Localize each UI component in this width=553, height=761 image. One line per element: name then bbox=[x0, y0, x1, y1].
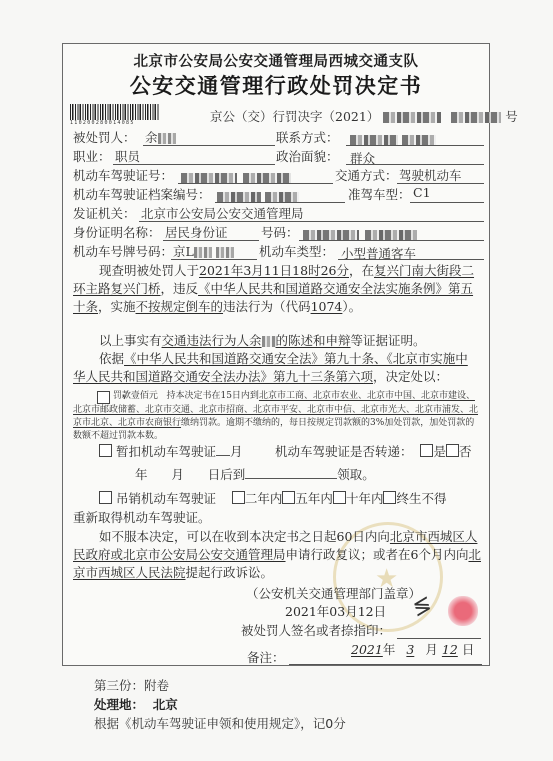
occupation-label: 职业： bbox=[73, 147, 111, 165]
revoke-end: 重新取得机动车驾驶证。 bbox=[73, 508, 211, 526]
lifetime-checkbox[interactable] bbox=[383, 491, 396, 504]
legal-basis-paragraph: 依据《中华人民共和国道路交通安全法》第九十条、《北京市实施中华人民共和国道路交通… bbox=[73, 350, 478, 386]
suspend-checkbox[interactable] bbox=[99, 444, 112, 457]
barcode-number: 110200280014085 bbox=[70, 120, 135, 126]
id-number-label: 号码： bbox=[261, 223, 299, 241]
findings-paragraph: 现查明被处罚人于2021年3月11日18时26分，在复兴门南大街段二环主路复兴门… bbox=[73, 262, 478, 316]
penalized-person-label: 被处罚人： bbox=[73, 128, 136, 146]
redacted-plate bbox=[194, 247, 212, 258]
issuer-label: 发证机关： bbox=[73, 204, 136, 222]
vehicle-class-label: 准驾车型： bbox=[348, 185, 411, 203]
violation-code: 1074 bbox=[311, 299, 343, 314]
signature-label: 被处罚人签名或者捺指印： bbox=[241, 621, 391, 639]
forward-no-checkbox[interactable] bbox=[446, 444, 459, 457]
violation-time: 2021年3月11日18时26分 bbox=[199, 263, 349, 278]
barcode bbox=[70, 104, 160, 120]
vehicle-class-value: C1 bbox=[413, 185, 431, 200]
collect-row: 年 月 日后到领取。 bbox=[135, 465, 375, 483]
violation-act: 不按规定倒车的 bbox=[136, 299, 224, 314]
redacted-name bbox=[158, 133, 176, 144]
traffic-mode-label: 交通方式： bbox=[335, 166, 398, 184]
forward-yes-checkbox[interactable] bbox=[420, 444, 433, 457]
fingerprint bbox=[448, 596, 478, 626]
issuer-value: 北京市公安局公安交通管理局 bbox=[141, 204, 304, 222]
sign-date: 2021年3月12日 bbox=[351, 640, 474, 658]
plate-field: 京L bbox=[173, 242, 234, 260]
remarks-label: 备注： bbox=[247, 648, 285, 666]
decision-document: 北京市公安局公安交通管理局西城交通支队 公安交通管理行政处罚决定书 110200… bbox=[62, 43, 490, 666]
redacted-number bbox=[451, 112, 501, 123]
suspend-row: 暂扣机动车驾驶证月 bbox=[99, 442, 243, 460]
decision-suffix: 号 bbox=[505, 109, 518, 124]
revoke-row: 吊销机动车驾驶证 二年内五年内十年内终生不得 bbox=[99, 489, 446, 507]
id-type-value: 居民身份证 bbox=[165, 223, 228, 241]
handling-location: 处理地： 北京 bbox=[94, 695, 178, 713]
ten-years-checkbox[interactable] bbox=[333, 491, 346, 504]
fine-paragraph: √ 罚款壹佰元 持本决定书在15日内到北京市工商、北京市农业、北京市中国、北京市… bbox=[73, 390, 481, 443]
fine-checkbox[interactable]: √ bbox=[97, 391, 110, 404]
revoke-checkbox[interactable] bbox=[99, 491, 112, 504]
license-file-label: 机动车驾驶证档案编号： bbox=[73, 185, 211, 203]
document-title: 公安交通管理行政处罚决定书 bbox=[63, 70, 489, 100]
five-years-checkbox[interactable] bbox=[282, 491, 295, 504]
redacted-plate bbox=[216, 247, 234, 258]
evidence: 交通违法行为人余的陈述和申辩 bbox=[162, 333, 351, 348]
id-type-label: 身份证明名称： bbox=[73, 223, 161, 241]
evidence-paragraph: 以上事实有交通违法行为人余的陈述和申辩等证据证明。 bbox=[73, 332, 478, 350]
copy-note: 第三份：附卷 bbox=[94, 676, 169, 694]
plate-label: 机动车号牌号码： bbox=[73, 242, 173, 260]
appeal-paragraph: 如不服本决定，可以在收到本决定书之日起60日内向北京市西城区人民政府或北京市公安… bbox=[73, 528, 483, 582]
forward-row: 机动车驾驶证是否转递： 是否 bbox=[275, 442, 472, 460]
penalized-person-field: 余 bbox=[145, 128, 176, 146]
redacted-number bbox=[383, 112, 441, 123]
seal-note: （公安机关交通管理部门盖章） bbox=[246, 584, 421, 602]
license-number-label: 机动车驾驶证号： bbox=[73, 166, 173, 184]
occupation-value: 职员 bbox=[115, 147, 140, 165]
decision-number: 京公（交）行罚决字（2021） 号 bbox=[210, 107, 518, 125]
political-label: 政治面貌： bbox=[276, 147, 339, 165]
points-note: 根据《机动车驾驶证申领和使用规定》，记0分 bbox=[94, 714, 346, 732]
fine-amount: 罚款壹佰元 bbox=[113, 391, 158, 401]
contact-label: 联系方式： bbox=[276, 128, 339, 146]
two-years-checkbox[interactable] bbox=[232, 491, 245, 504]
vehicle-type-label: 机动车类型： bbox=[259, 242, 334, 260]
redacted-name bbox=[262, 336, 276, 347]
issue-date: 2021年03月12日 bbox=[285, 602, 386, 620]
traffic-mode-value: 驾驶机动车 bbox=[399, 166, 462, 184]
issuing-agency: 北京市公安局公安交通管理局西城交通支队 bbox=[63, 50, 489, 71]
decision-prefix: 京公（交）行罚决字（2021） bbox=[210, 109, 379, 124]
